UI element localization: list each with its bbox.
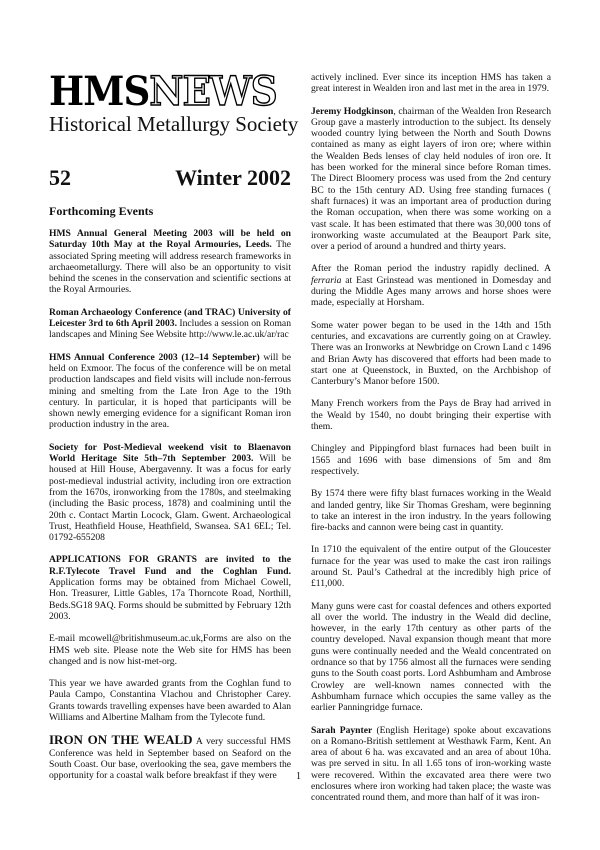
event-body: Will be housed at Hill House, Abergavenn… <box>49 453 291 543</box>
article-paragraph: Some water power began to be used in the… <box>311 320 551 388</box>
hms-news-logo: HMSNEWS <box>49 72 274 112</box>
issue-row: 52 Winter 2002 <box>49 166 291 190</box>
weald-heading: IRON ON THE WEALD <box>49 732 193 747</box>
event-item: HMS Annual General Meeting 2003 will be … <box>49 228 291 296</box>
paragraph-text: (English Heritage) spoke about excavatio… <box>311 725 551 804</box>
issue-number: 52 <box>49 166 71 190</box>
article-paragraph: Sarah Paynter (English Heritage) spoke a… <box>311 725 551 804</box>
paragraph-text: By 1574 there were fifty blast furnaces … <box>311 488 551 533</box>
paragraph-text: Chingley and Pippingford blast furnaces … <box>311 443 551 477</box>
email-item: E-mail mcowell@britishmuseum.ac.uk,Forms… <box>49 633 291 667</box>
logo-hms: HMS <box>49 68 149 115</box>
speaker-name: Jeremy Hodgkinson <box>311 106 393 117</box>
right-column: actively inclined. Ever since its incept… <box>311 72 551 815</box>
email-body: E-mail mcowell@britishmuseum.ac.uk,Forms… <box>49 633 291 667</box>
weald-item: IRON ON THE WEALD A very successful HMS … <box>49 734 291 781</box>
article-paragraph: actively inclined. Ever since its incept… <box>311 72 551 95</box>
italic-term: ferraria <box>311 275 341 286</box>
paragraph-text: Many guns were cast for coastal defences… <box>311 601 551 714</box>
page-number: 1 <box>296 771 301 782</box>
article-paragraph: Many guns were cast for coastal defences… <box>311 601 551 714</box>
event-lead: HMS Annual Conference 2003 (12–14 Septem… <box>49 352 260 363</box>
article-paragraph: After the Roman period the industry rapi… <box>311 263 551 308</box>
paragraph-text: Some water power began to be used in the… <box>311 320 551 387</box>
paragraph-text: , chairman of the Wealden Iron Research … <box>311 106 551 253</box>
section-title: Forthcoming Events <box>49 204 291 218</box>
paragraph-text: In 1710 the equivalent of the entire out… <box>311 544 551 589</box>
issue-date: Winter 2002 <box>175 166 291 190</box>
grants-item: APPLICATIONS FOR GRANTS are invited to t… <box>49 554 291 622</box>
society-name: Historical Metallurgy Society <box>49 112 291 136</box>
article-paragraph: Many French workers from the Pays de Bra… <box>311 398 551 432</box>
paragraph-text: Many French workers from the Pays de Bra… <box>311 398 551 432</box>
paragraph-text: at East Grinstead was mentioned in Domes… <box>311 275 551 309</box>
speaker-name: Sarah Paynter <box>311 725 372 736</box>
event-item: Roman Archaeology Conference (and TRAC) … <box>49 307 291 341</box>
article-paragraph: Jeremy Hodgkinson, chairman of the Weald… <box>311 106 551 253</box>
event-lead: HMS Annual General Meeting 2003 will be … <box>49 228 291 250</box>
event-body: will be held on Exmoor. The focus of the… <box>49 352 291 431</box>
article-paragraph: Chingley and Pippingford blast furnaces … <box>311 443 551 477</box>
grants-body: Application forms may be obtained from M… <box>49 577 291 622</box>
event-item: Society for Post-Medieval weekend visit … <box>49 442 291 544</box>
logo-news: NEWS <box>149 68 276 115</box>
article-paragraph: In 1710 the equivalent of the entire out… <box>311 544 551 589</box>
event-item: HMS Annual Conference 2003 (12–14 Septem… <box>49 352 291 431</box>
awards-body: This year we have awarded grants from th… <box>49 678 291 723</box>
article-paragraph: By 1574 there were fifty blast furnaces … <box>311 488 551 533</box>
grants-lead: APPLICATIONS FOR GRANTS are invited to t… <box>49 554 291 576</box>
paragraph-text: After the Roman period the industry rapi… <box>311 263 551 274</box>
paragraph-text: actively inclined. Ever since its incept… <box>311 72 551 94</box>
awards-item: This year we have awarded grants from th… <box>49 678 291 723</box>
left-column: HMSNEWS Historical Metallurgy Society 52… <box>49 72 291 792</box>
